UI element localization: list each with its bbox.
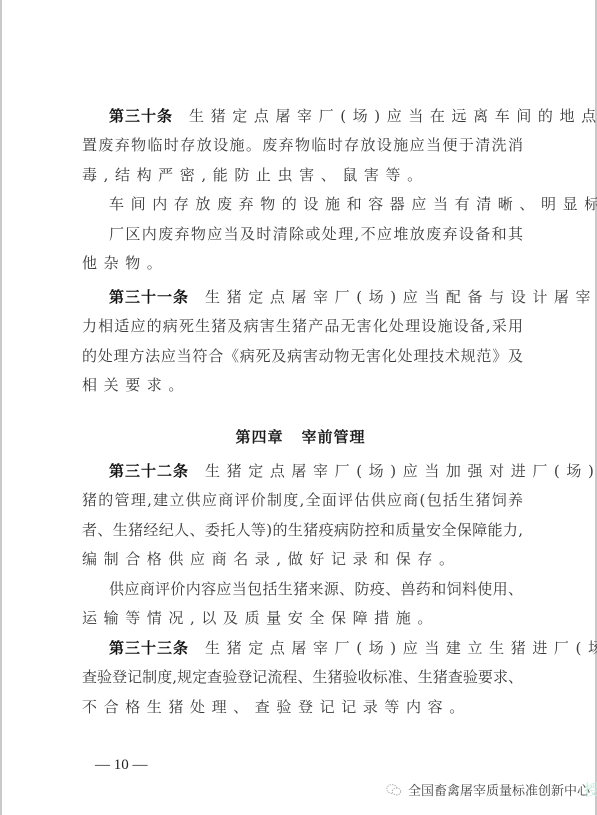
paragraph-line: 供应商评价内容应当包括生猪来源、防疫、兽药和饲料使用、 <box>109 579 523 599</box>
article-30-line-2: 置废弃物临时存放设施。废弃物临时存放设施应当便于清洗消 <box>82 135 523 155</box>
paragraph-line: 运输等情况,以及质量安全保障措施。 <box>82 608 523 628</box>
document-page: 第三十条生猪定点屠宰厂(场)应当在远离车间的地点设 置废弃物临时存放设施。废弃物… <box>0 0 597 815</box>
paragraph-line: 厂区内废弃物应当及时清除或处理,不应堆放废弃设备和其 <box>109 224 523 244</box>
article-label: 第三十三条 <box>109 639 189 657</box>
article-32-line-3: 者、生猪经纪人、委托人等)的生猪疫病防控和质量安全保障能力, <box>82 520 523 540</box>
chapter-number: 第四章 <box>235 428 283 446</box>
article-31-line-4: 相关要求。 <box>82 375 523 395</box>
watermark-text: 全国畜禽屠宰质量标准创新中心 <box>408 780 590 799</box>
article-31-line-1: 第三十一条生猪定点屠宰厂(场)应当配备与设计屠宰能 <box>109 287 550 307</box>
article-label: 第三十一条 <box>109 288 189 306</box>
chapter-heading: 第四章宰前管理 <box>2 426 597 447</box>
watermark-ghost-text: 授权 <box>584 779 597 800</box>
article-32-line-4: 编制合格供应商名录,做好记录和保存。 <box>82 549 523 569</box>
wechat-icon <box>386 783 402 797</box>
chapter-title: 宰前管理 <box>302 428 366 446</box>
article-30-line-3: 毒,结构严密,能防止虫害、鼠害等。 <box>82 165 523 185</box>
article-text: 生猪定点屠宰厂(场)应当建立生猪进厂(场) <box>205 639 597 657</box>
article-30-line-1: 第三十条生猪定点屠宰厂(场)应当在远离车间的地点设 <box>109 106 550 126</box>
watermark: 全国畜禽屠宰质量标准创新中心 授权 <box>386 779 597 800</box>
article-32-line-1: 第三十二条生猪定点屠宰厂(场)应当加强对进厂(场)生 <box>109 461 550 481</box>
article-text: 生猪定点屠宰厂(场)应当加强对进厂(场)生 <box>205 462 597 480</box>
article-33-line-2: 查验登记制度,规定查验登记流程、生猪验收标准、生猪查验要求、 <box>82 667 523 687</box>
article-33-line-1: 第三十三条生猪定点屠宰厂(场)应当建立生猪进厂(场) <box>109 638 550 658</box>
article-text: 生猪定点屠宰厂(场)应当在远离车间的地点设 <box>189 107 597 125</box>
article-33-line-3: 不合格生猪处理、查验登记记录等内容。 <box>82 697 523 717</box>
paragraph-line: 车间内存放废弃物的设施和容器应当有清晰、明显标识。 <box>109 194 550 214</box>
article-31-line-2: 力相适应的病死生猪及病害生猪产品无害化处理设施设备,采用 <box>82 316 523 336</box>
article-32-line-2: 猪的管理,建立供应商评价制度,全面评估供应商(包括生猪饲养 <box>82 490 523 510</box>
article-text: 生猪定点屠宰厂(场)应当配备与设计屠宰能 <box>205 288 597 306</box>
article-label: 第三十二条 <box>109 462 189 480</box>
page-number: — 10 — <box>95 757 148 774</box>
article-label: 第三十条 <box>109 107 173 125</box>
article-31-line-3: 的处理方法应当符合《病死及病害动物无害化处理技术规范》及 <box>82 346 523 366</box>
paragraph-line: 他杂物。 <box>82 253 523 273</box>
